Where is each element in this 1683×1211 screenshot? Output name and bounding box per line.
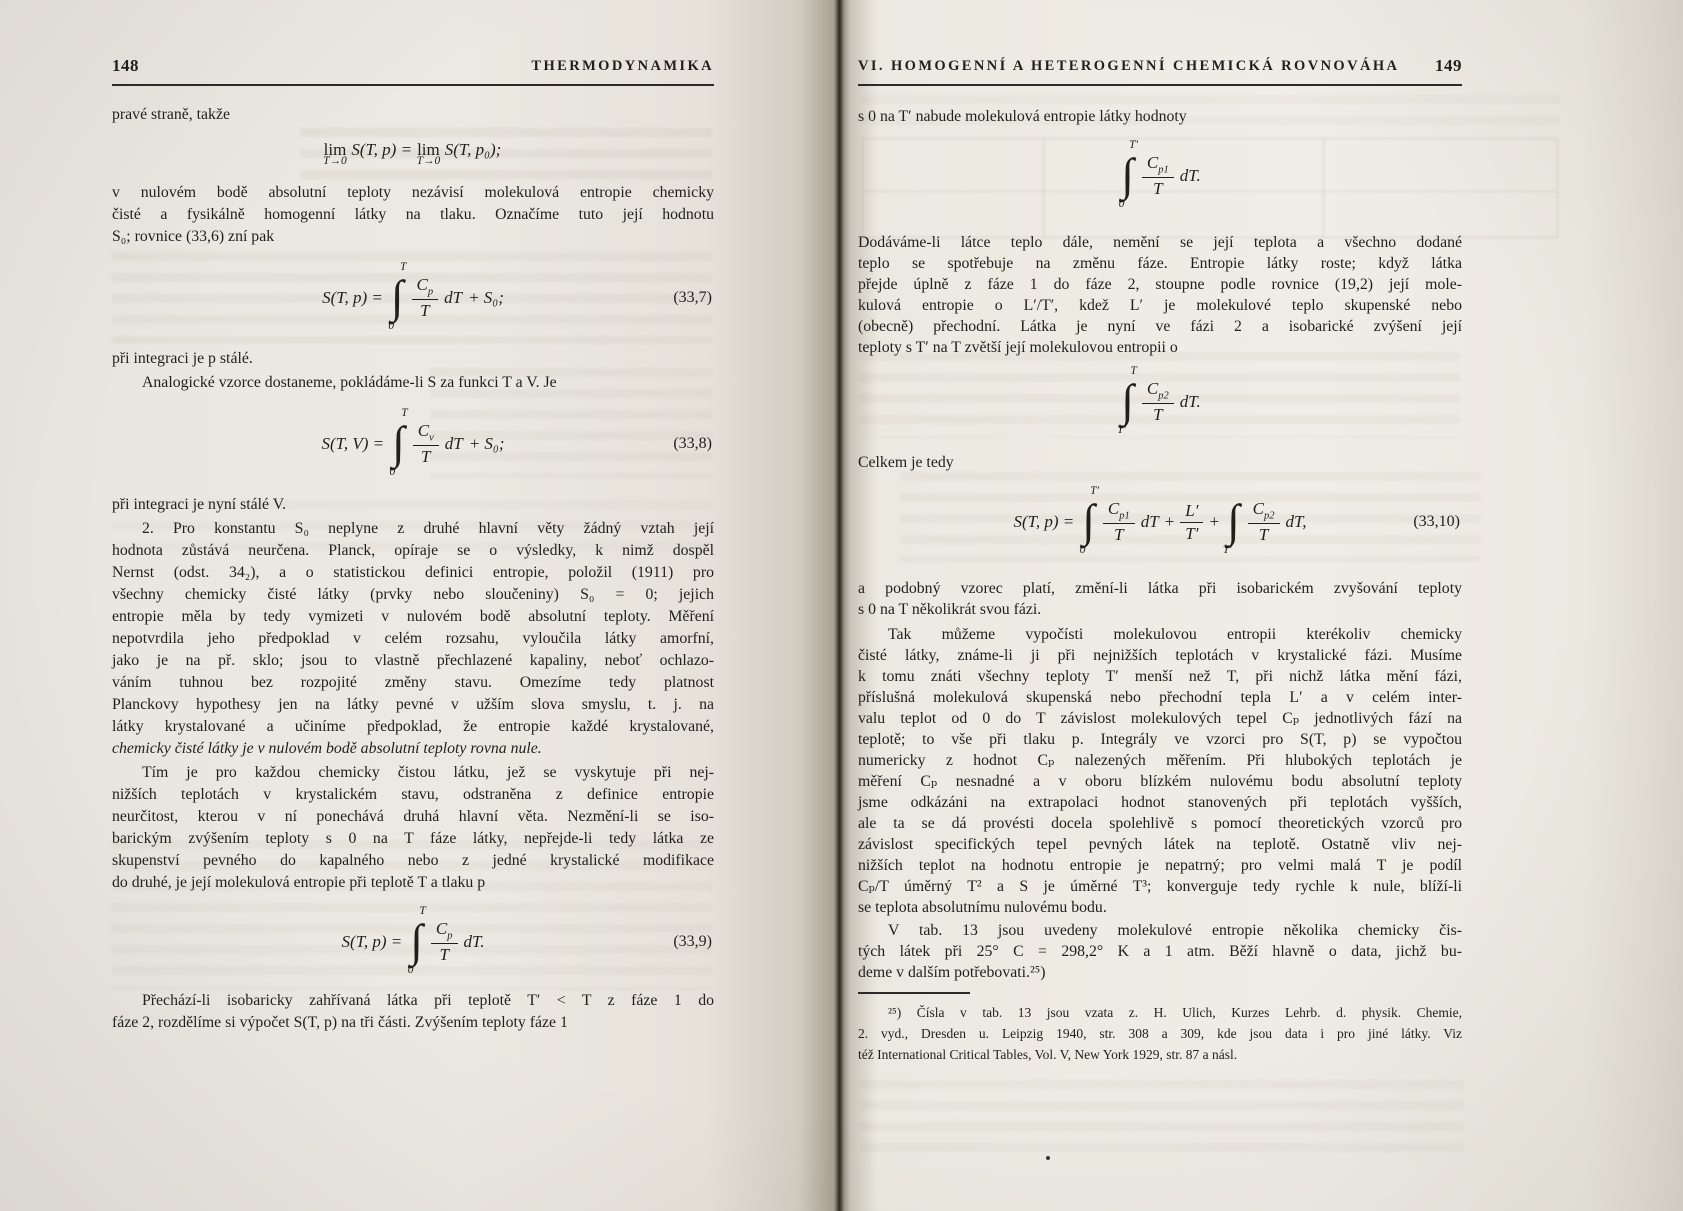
paragraph: a podobný vzorec platí, změní-li látka p… — [858, 578, 1462, 620]
fraction: Cp2 T — [1142, 379, 1174, 425]
text-line: váním tuhnou bez rozpojité změny stavu. … — [112, 672, 714, 694]
text-line: neurčitost, kterou v ní ponechává druhá … — [112, 806, 714, 828]
text-line: Planckovy hypothesy jen na látky pevné v… — [112, 694, 714, 716]
text-line: se teplota absolutnímu nulovému bodu. — [858, 897, 1462, 918]
paragraph: Analogické vzorce dostaneme, pokládáme-l… — [112, 372, 714, 394]
text-line: s 0 na T′ nabude molekulová entropie lát… — [858, 106, 1462, 128]
paragraph: Dodáváme-li látce teplo dále, nemění se … — [858, 232, 1462, 358]
text-line: ale ta se dá provésti docela spolehlivě … — [858, 813, 1462, 834]
text-line: V tab. 13 jsou uvedeny molekulové entrop… — [858, 920, 1462, 941]
text-line: barickým zvýšením teploty s 0 na T fáze … — [112, 828, 714, 850]
fraction: Cp T — [412, 275, 439, 321]
equation-33-9: S(T, p) = T ∫ 0 Cp T dT. (33,9) — [112, 896, 714, 988]
text-line: závislost specifických tepel pevných lát… — [858, 834, 1462, 855]
text-line: nepotvrdila jeho předpoklad v celém rozs… — [112, 628, 714, 650]
text-line: Analogické vzorce dostaneme, pokládáme-l… — [112, 372, 714, 394]
header-rule-left — [112, 84, 714, 86]
integral-sign: T ∫ T′ — [1121, 366, 1134, 438]
text-line: nižších teplot na hodnotu entropie je ne… — [858, 855, 1462, 876]
text-line: deme v dalším potřebovati.²⁵) — [858, 962, 1462, 983]
text-line: Přechází-li isobaricky zahřívaná látka p… — [112, 990, 714, 1012]
equation-entropy-phase1: T′ ∫ 0 Cp1 T dT. — [858, 128, 1462, 224]
lim-operator: lim T→0 — [324, 140, 347, 160]
text-line: skupenství pevného do kapalného nebo z j… — [112, 850, 714, 872]
text-line: Celkem je tedy — [858, 452, 1462, 474]
text-line: valu teplot od 0 do T závislost molekulo… — [858, 708, 1462, 729]
text-line: teplo se spotřebuje na změnu fáze. Entro… — [858, 253, 1462, 274]
text-line: pravé straně, takže — [112, 104, 714, 126]
text-line: tých látek při 25° C = 298,2° K a 1 atm.… — [858, 941, 1462, 962]
text-line: S₀; rovnice (33,6) zní pak — [112, 226, 714, 248]
equation-limit: lim T→0 S(T, p) = lim T→0 S(T, p₀); — [112, 124, 714, 176]
equation-number: (33,8) — [673, 435, 712, 453]
text-line: (obecně) přechodní. Látka je nyní ve fáz… — [858, 316, 1462, 337]
text-line: 2. Pro konstantu S₀ neplyne z druhé hlav… — [112, 518, 714, 540]
fraction: L′ T′ — [1180, 501, 1203, 543]
paragraph: s 0 na T′ nabude molekulová entropie lát… — [858, 106, 1462, 128]
text-line: přejde úplně z fáze 1 do fáze 2, stoupne… — [858, 274, 1462, 295]
text-line: příslušná molekulová skupenská nebo přec… — [858, 687, 1462, 708]
text-line: všechny chemicky čisté látky (prvky nebo… — [112, 584, 714, 606]
text-line: měření Cₚ nesnadné a v oboru blízkém nul… — [858, 771, 1462, 792]
paragraph: při integraci je nyní stálé V. — [112, 494, 714, 516]
equation-number: (33,10) — [1413, 513, 1460, 531]
integral-sign: T′ ∫ 0 — [1082, 486, 1095, 558]
running-header-left: THERMODYNAMIKA — [112, 58, 714, 75]
equation-33-7: S(T, p) = T ∫ 0 Cp T dT + S₀; (33,7) — [112, 250, 714, 346]
integral-sign: T′ ∫ 0 — [1121, 140, 1134, 212]
integral-sign: T ∫ 0 — [391, 262, 404, 334]
text-line: Tak můžeme vypočísti molekulovou entropi… — [858, 624, 1462, 645]
text-line: kulová entropie o L′/T′, kdež L′ je mole… — [858, 295, 1462, 316]
text-line: Dodáváme-li látce teplo dále, nemění se … — [858, 232, 1462, 253]
fraction: Cp1 T — [1103, 499, 1135, 545]
text-line: Cₚ/T úměrný T² a S je úměrné T³; konverg… — [858, 876, 1462, 897]
text-line: numericky z hodnot Cₚ nalezených měřením… — [858, 750, 1462, 771]
text-line: nižších teplotách v krystalickém stavu, … — [112, 784, 714, 806]
page-right: VI. HOMOGENNÍ A HETEROGENNÍ CHEMICKÁ ROV… — [840, 0, 1683, 1211]
paragraph: 2. Pro konstantu S₀ neplyne z druhé hlav… — [112, 518, 714, 760]
text-line: čisté látky, známe-li ji při nejnižších … — [858, 645, 1462, 666]
footnote-rule — [858, 992, 970, 994]
text-line: 2. vyd., Dresden u. Leipzig 1940, str. 3… — [858, 1023, 1462, 1044]
paragraph: Přechází-li isobaricky zahřívaná látka p… — [112, 990, 714, 1034]
text-line: též International Critical Tables, Vol. … — [858, 1044, 1462, 1065]
equation-entropy-phase2: T ∫ T′ Cp2 T dT. — [858, 356, 1462, 448]
text-line: teplotě; to vše při tlaku p. Integrály v… — [858, 729, 1462, 750]
fraction: Cv T — [413, 421, 439, 467]
paragraph: V tab. 13 jsou uvedeny molekulové entrop… — [858, 920, 1462, 983]
fraction: Cp1 T — [1142, 153, 1174, 199]
equation-33-10: S(T, p) = T′ ∫ 0 Cp1 T dT + L′ T′ + ∫ T′ — [858, 474, 1462, 570]
fraction: Cp T — [431, 919, 458, 965]
gutter-shadow — [834, 0, 844, 1211]
text-line: jsme odkázáni na extrapolaci hodnot stan… — [858, 792, 1462, 813]
paragraph: při integraci je p stálé. — [112, 348, 714, 370]
paragraph: pravé straně, takže — [112, 104, 714, 126]
paragraph: Tak můžeme vypočísti molekulovou entropi… — [858, 624, 1462, 918]
text-line: Nernst (odst. 34₂), a o statistickou def… — [112, 562, 714, 584]
text-line: při integraci je p stálé. — [112, 348, 714, 370]
page-number-right: 149 — [858, 56, 1462, 76]
text-line: při integraci je nyní stálé V. — [112, 494, 714, 516]
text-line: a podobný vzorec platí, změní-li látka p… — [858, 578, 1462, 599]
text-line: jako je na př. sklo; jsou to vlastně pře… — [112, 650, 714, 672]
integral-sign: ∫ T′ — [1227, 486, 1240, 558]
text-line: entropie měla by tedy vymizeti v nulovém… — [112, 606, 714, 628]
fraction: Cp2 T — [1248, 499, 1280, 545]
header-rule-right — [858, 84, 1462, 86]
text-line: k tomu znáti všechny teploty T′ menší ne… — [858, 666, 1462, 687]
book-spread: 148 THERMODYNAMIKA pravé straně, takže l… — [0, 0, 1683, 1211]
text-line: teploty s T′ na T zvětší její molekulovo… — [858, 337, 1462, 358]
equation-number: (33,7) — [673, 289, 712, 307]
integral-sign: T ∫ 0 — [392, 408, 405, 480]
paragraph: v nulovém bodě absolutní teploty nezávis… — [112, 182, 714, 248]
text-line: Tím je pro každou chemicky čistou látku,… — [112, 762, 714, 784]
text-line: hodnota zůstává neurčena. Planck, opíraj… — [112, 540, 714, 562]
text-line: s 0 na T několikrát svou fázi. — [858, 599, 1462, 620]
paragraph: Tím je pro každou chemicky čistou látku,… — [112, 762, 714, 894]
text-line: látky krystalované a učiníme předpoklad,… — [112, 716, 714, 738]
bleedthrough-text-block — [860, 1080, 1464, 1160]
lim-operator: lim T→0 — [417, 140, 440, 160]
paragraph: Celkem je tedy — [858, 452, 1462, 474]
text-line: do druhé, je její molekulová entropie př… — [112, 872, 714, 894]
page-left: 148 THERMODYNAMIKA pravé straně, takže l… — [0, 0, 840, 1211]
ink-speck — [1046, 1156, 1050, 1160]
text-line: ²⁵) Čísla v tab. 13 jsou vzata z. H. Uli… — [858, 1002, 1462, 1023]
text-line: v nulovém bodě absolutní teploty nezávis… — [112, 182, 714, 204]
text-line: fáze 2, rozdělíme si výpočet S(T, p) na … — [112, 1012, 714, 1034]
text-line: chemicky čisté látky je v nulovém bodě a… — [112, 738, 714, 760]
equation-33-8: S(T, V) = T ∫ 0 Cv T dT + S₀; (33,8) — [112, 396, 714, 492]
footnote: ²⁵) Čísla v tab. 13 jsou vzata z. H. Uli… — [858, 1002, 1462, 1065]
text-line: čisté a fysikálně homogenní látky na tla… — [112, 204, 714, 226]
integral-sign: T ∫ 0 — [410, 906, 423, 978]
equation-number: (33,9) — [673, 933, 712, 951]
